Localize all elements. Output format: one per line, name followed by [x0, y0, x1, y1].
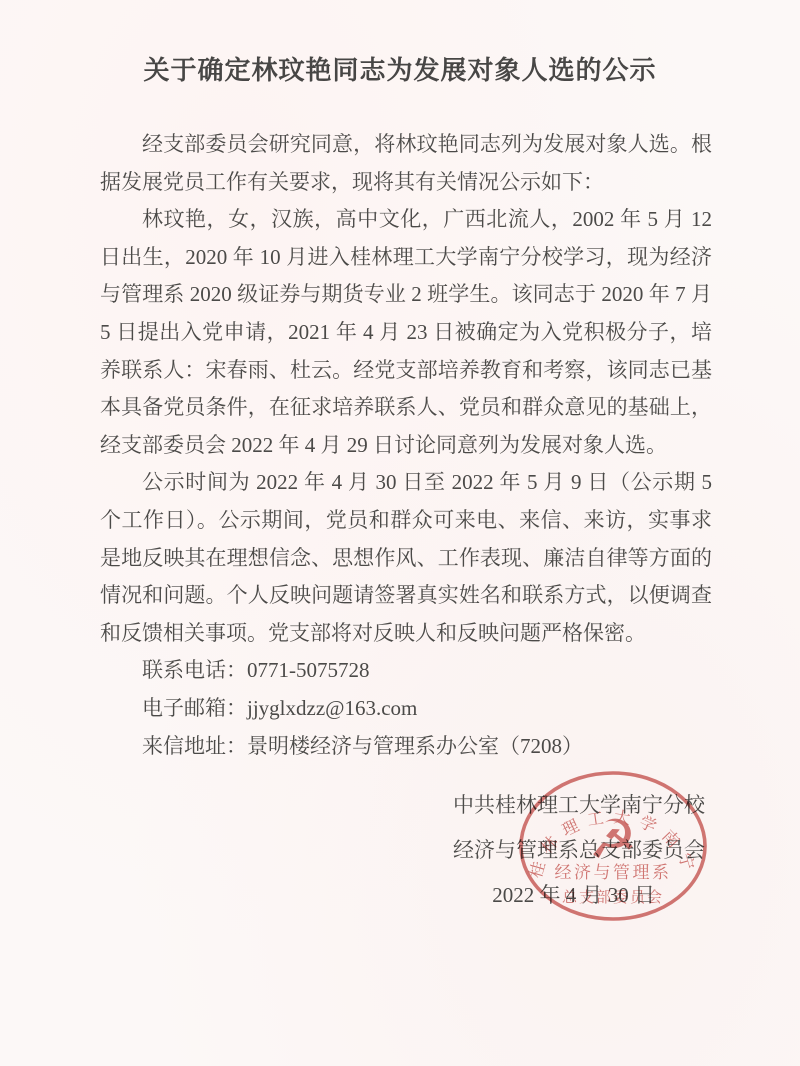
contact-address-label: 来信地址： — [142, 734, 247, 758]
signature-block: 中共桂林理工大学南宁分校 经济与管理系总支部委员会 2022 年 4 月 30 … — [453, 783, 705, 918]
contact-email: 电子邮箱：jjyglxdzz@163.com — [142, 690, 712, 728]
contact-email-value: jjyglxdzz@163.com — [247, 696, 417, 720]
page-title: 关于确定林玟艳同志为发展对象人选的公示 — [0, 50, 800, 87]
contact-email-label: 电子邮箱： — [142, 696, 247, 720]
contact-phone-label: 联系电话： — [142, 658, 247, 682]
document-page: 关于确定林玟艳同志为发展对象人选的公示 经支部委员会研究同意，将林玟艳同志列为发… — [0, 0, 800, 1066]
contact-address-value: 景明楼经济与管理系办公室（7208） — [247, 734, 583, 758]
contact-phone: 联系电话：0771-5075728 — [142, 652, 712, 690]
signature-date: 2022 年 4 月 30 日 — [453, 873, 705, 918]
contact-phone-value: 0771-5075728 — [247, 658, 370, 682]
paragraph-publicity-period: 公示时间为 2022 年 4 月 30 日至 2022 年 5 月 9 日（公示… — [100, 464, 712, 652]
document-body: 经支部委员会研究同意，将林玟艳同志列为发展对象人选。根据发展党员工作有关要求，现… — [100, 126, 712, 765]
paragraph-intro: 经支部委员会研究同意，将林玟艳同志列为发展对象人选。根据发展党员工作有关要求，现… — [100, 126, 712, 201]
signature-org-line2: 经济与管理系总支部委员会 — [453, 828, 705, 873]
signature-org-line1: 中共桂林理工大学南宁分校 — [453, 783, 705, 828]
paragraph-candidate-info: 林玟艳，女，汉族，高中文化，广西北流人，2002 年 5 月 12 日出生，20… — [100, 201, 712, 464]
contact-address: 来信地址：景明楼经济与管理系办公室（7208） — [142, 728, 712, 766]
